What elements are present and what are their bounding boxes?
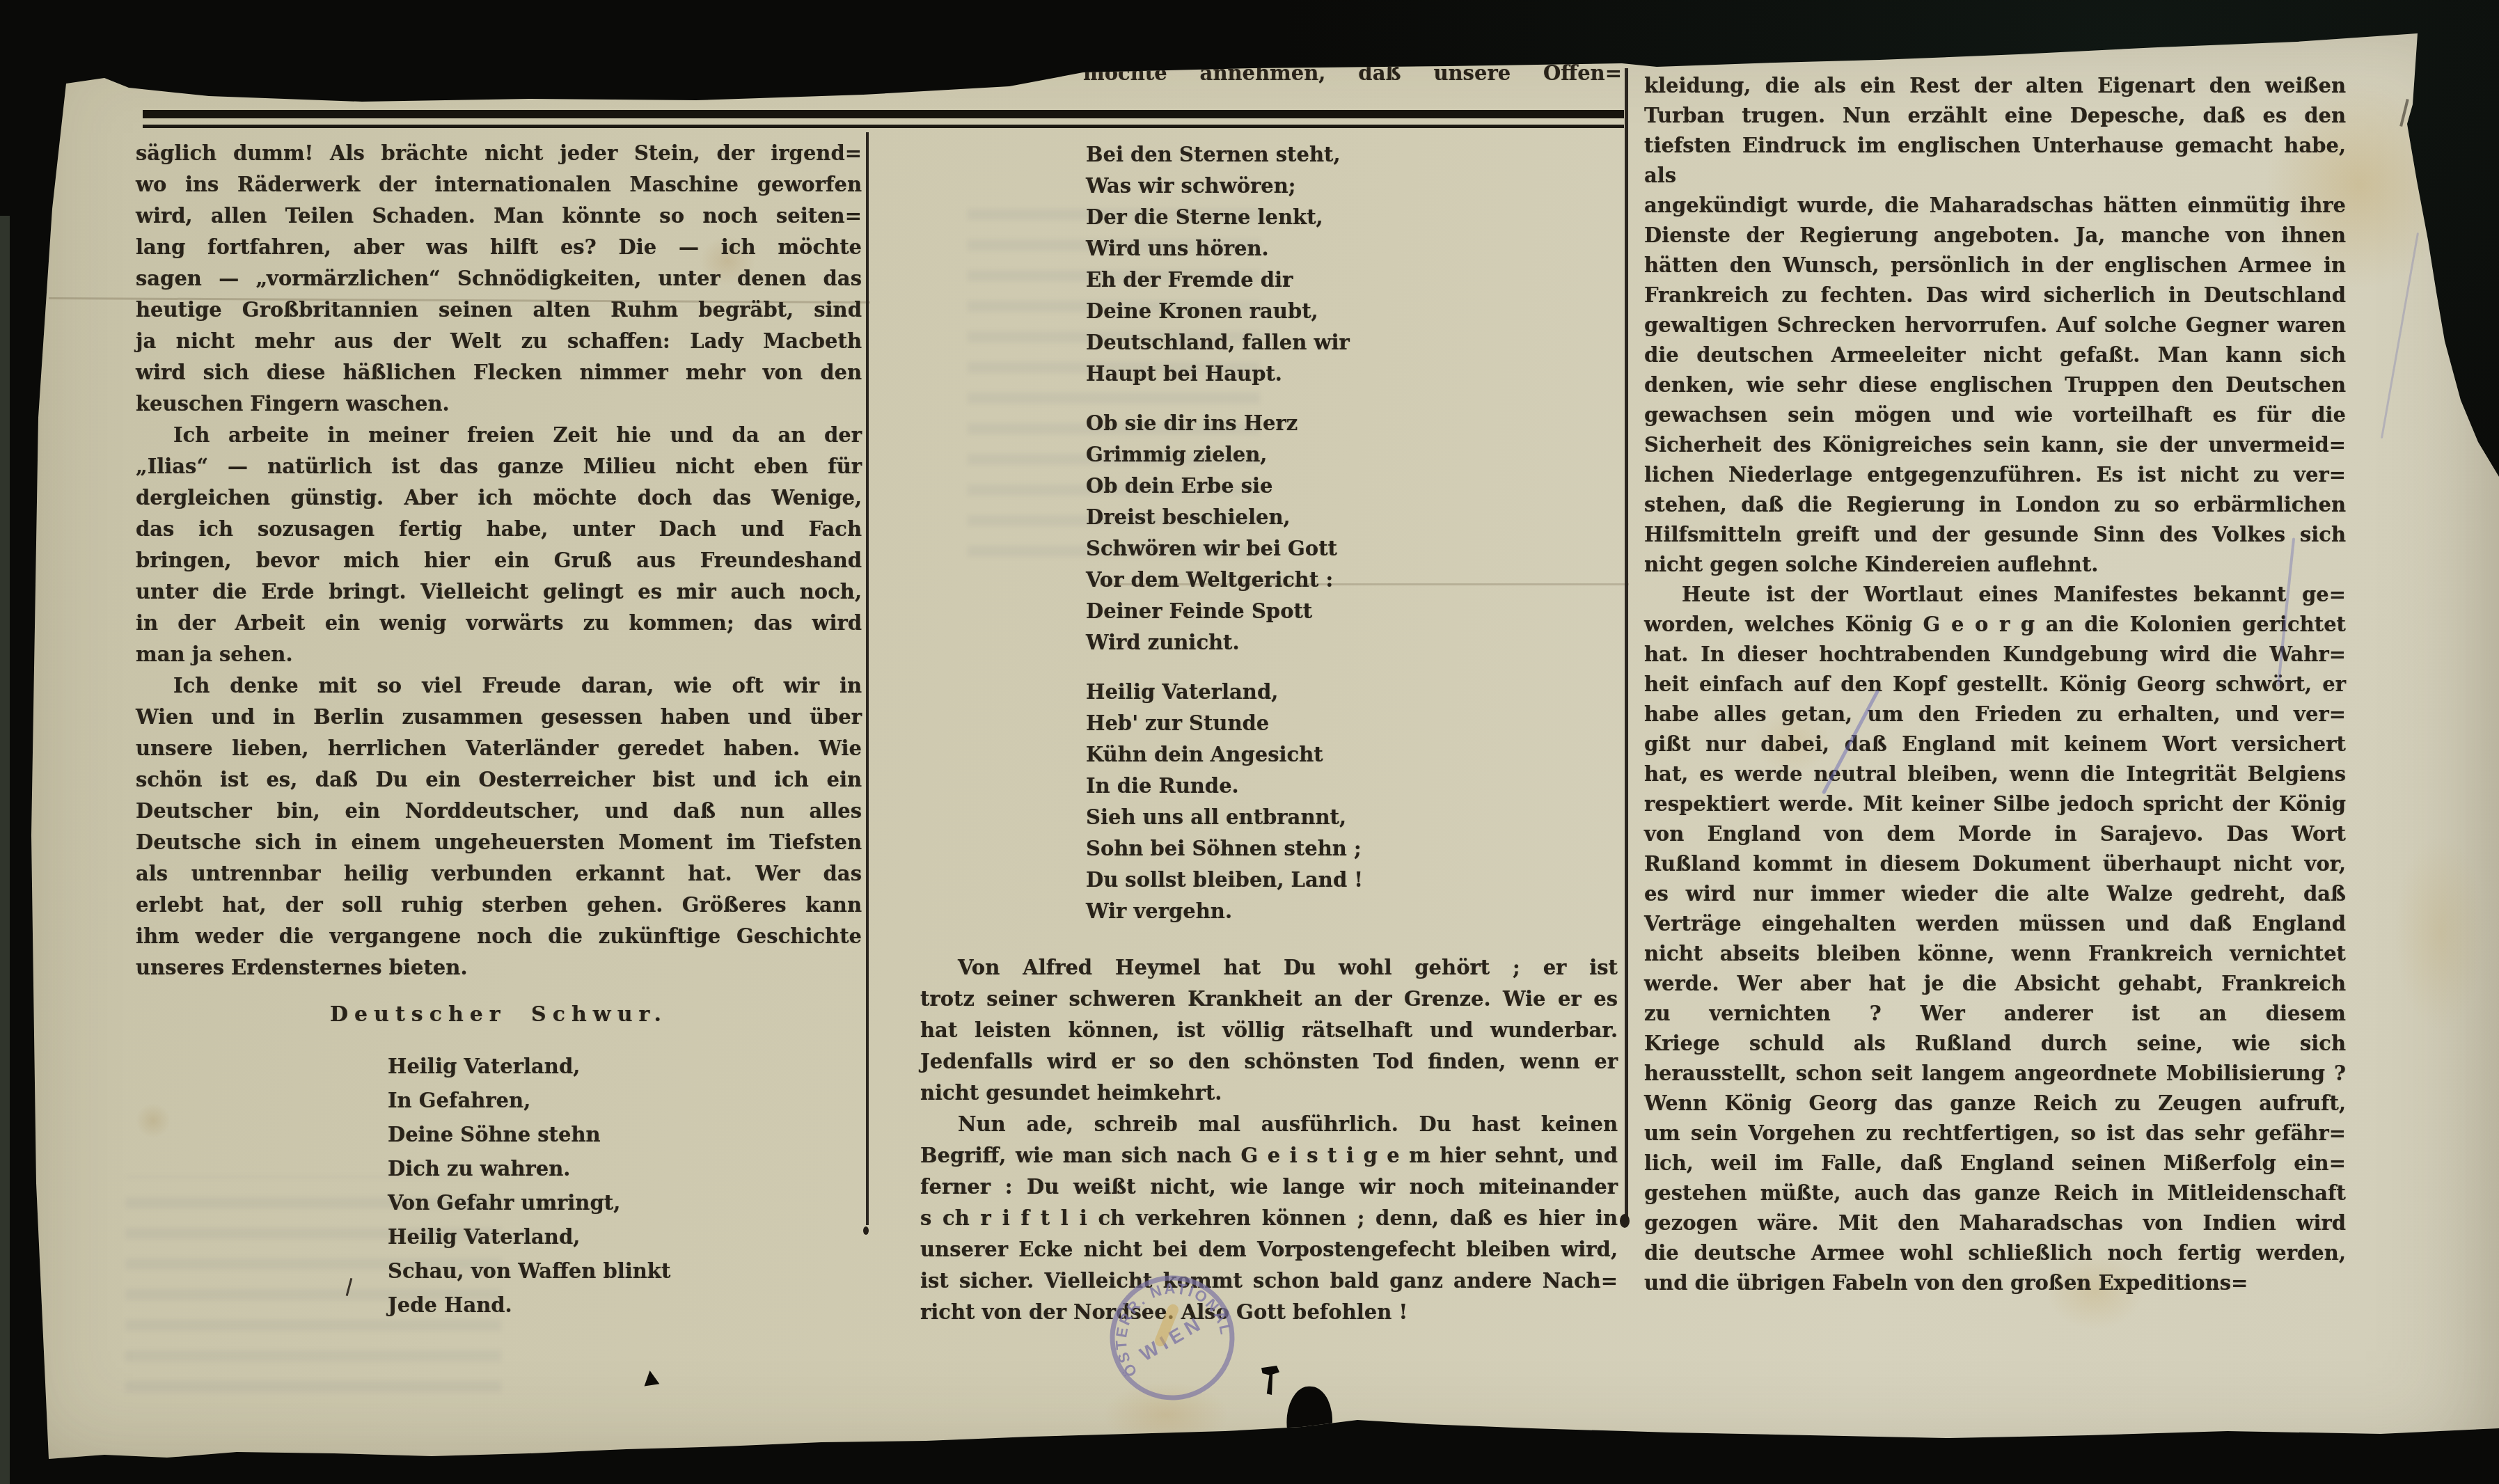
text-line: unserer Ecke nicht bei dem Vorpostengefe… bbox=[920, 1234, 1618, 1265]
text-line: hätten den Wunsch, persönlich in der eng… bbox=[1644, 251, 2346, 281]
text-line: Dich zu wahren. bbox=[388, 1152, 862, 1186]
scan-background: möchte annehmen, daß unsere Offen= sägli… bbox=[0, 0, 2499, 1484]
text-line: Kriege schuld als Rußland durch seine, w… bbox=[1644, 1029, 2346, 1059]
text-line: als untrennbar heilig verbunden erkannt … bbox=[136, 858, 862, 890]
text-line: Du sollst bleiben, Land ! bbox=[1086, 865, 1618, 896]
text-line: angekündigt wurde, die Maharadschas hätt… bbox=[1644, 191, 2346, 221]
text-line: hat leisten können, ist völlig rätselhaf… bbox=[920, 1015, 1618, 1046]
text-line: man ja sehen. bbox=[136, 639, 862, 670]
text-line: Schau, von Waffen blinkt bbox=[388, 1254, 862, 1288]
section-heading: Deutscher Schwur. bbox=[136, 999, 862, 1030]
text-line: respektiert werde. Mit keiner Silbe jedo… bbox=[1644, 789, 2346, 819]
text-line: Der die Sterne lenkt, bbox=[1086, 202, 1618, 233]
ink-mark bbox=[1261, 1366, 1279, 1395]
poem-block: Heilig Vaterland,Heb' zur StundeKühn dei… bbox=[1086, 677, 1618, 927]
ink-dot bbox=[863, 1226, 869, 1235]
text-line: denken, wie sehr diese englischen Truppe… bbox=[1644, 370, 2346, 400]
text-line: Deutschland, fallen wir bbox=[1086, 327, 1618, 358]
column-divider-2 bbox=[1625, 68, 1628, 1218]
text-line: wird sich diese häßlichen Flecken nimmer… bbox=[136, 357, 862, 388]
text-line: dergleichen günstig. Aber ich möchte doc… bbox=[136, 482, 862, 514]
text-line: Sohn bei Söhnen stehn ; bbox=[1086, 833, 1618, 865]
ink-blotch bbox=[1283, 1384, 1337, 1462]
scanner-bed-edge bbox=[0, 216, 10, 1484]
text-line: Eh der Fremde dir bbox=[1086, 265, 1618, 296]
text-line: ja nicht mehr aus der Welt zu schaffen: … bbox=[136, 326, 862, 357]
poem-block: Heilig Vaterland,In Gefahren,Deine Söhne… bbox=[388, 1050, 862, 1323]
text-line: hat, es werde neutral bleiben, wenn die … bbox=[1644, 759, 2346, 789]
text-line: lang fortfahren, aber was hilft es? Die … bbox=[136, 232, 862, 263]
text-line: ferner : Du weißt nicht, wie lange wir n… bbox=[920, 1171, 1618, 1203]
text-line: unsere lieben, herrlichen Vaterländer ge… bbox=[136, 733, 862, 764]
text-line: unter die Erde bringt. Vielleicht geling… bbox=[136, 576, 862, 608]
text-line: ihm weder die vergangene noch die zukünf… bbox=[136, 921, 862, 952]
text-line: Nun ade, schreib mal ausführlich. Du has… bbox=[920, 1109, 1618, 1140]
text-line: Deine Söhne stehn bbox=[388, 1118, 862, 1152]
text-line: um sein Vorgehen zu rechtfertigen, so is… bbox=[1644, 1119, 2346, 1148]
prose-block: säglich dumm! Als brächte nicht jeder St… bbox=[136, 138, 862, 420]
text-line: die deutsche Armee wohl schließlich noch… bbox=[1644, 1238, 2346, 1268]
text-line: es wird nur immer wieder die alte Walze … bbox=[1644, 879, 2346, 909]
text-line: Ich arbeite in meiner freien Zeit hie un… bbox=[136, 420, 862, 451]
text-line: Wird uns hören. bbox=[1086, 233, 1618, 265]
text-line: gewachsen sein mögen und wie vorteilhaft… bbox=[1644, 400, 2346, 430]
prose-block: Heute ist der Wortlaut eines Manifestes … bbox=[1644, 580, 2346, 1298]
text-line: erlebt hat, der soll ruhig sterben gehen… bbox=[136, 890, 862, 921]
text-line: Heilig Vaterland, bbox=[388, 1050, 862, 1084]
text-line: von England von dem Morde in Sarajevo. D… bbox=[1644, 819, 2346, 849]
text-line: Deutscher bin, ein Norddeutscher, und da… bbox=[136, 796, 862, 827]
text-line: wird, allen Teilen Schaden. Man könnte s… bbox=[136, 200, 862, 232]
text-line: gezogen wäre. Mit den Maharadschas von I… bbox=[1644, 1208, 2346, 1238]
text-line: die deutschen Armeeleiter nicht gefaßt. … bbox=[1644, 340, 2346, 370]
prose-block: kleidung, die als ein Rest der alten Eig… bbox=[1644, 71, 2346, 580]
text-line: Ob dein Erbe sie bbox=[1086, 471, 1618, 502]
text-line: Heb' zur Stunde bbox=[1086, 708, 1618, 739]
text-line: keuschen Fingern waschen. bbox=[136, 388, 862, 420]
text-line: gewaltigen Schrecken hervorrufen. Auf so… bbox=[1644, 310, 2346, 340]
text-line: trotz seiner schweren Krankheit an der G… bbox=[920, 984, 1618, 1015]
text-line: Jede Hand. bbox=[388, 1288, 862, 1323]
poem-block: Bei den Sternen steht,Was wir schwören;D… bbox=[1086, 139, 1618, 390]
column-divider-1 bbox=[866, 132, 869, 1225]
column-3: kleidung, die als ein Rest der alten Eig… bbox=[1644, 71, 2346, 1298]
text-line: heutige Großbritannien seinen alten Ruhm… bbox=[136, 294, 862, 326]
text-line: Heute ist der Wortlaut eines Manifestes … bbox=[1644, 580, 2346, 610]
prose-block: Nun ade, schreib mal ausführlich. Du has… bbox=[920, 1109, 1618, 1328]
text-line: Sicherheit des Königreiches sein kann, s… bbox=[1644, 430, 2346, 460]
text-line: Von Gefahr umringt, bbox=[388, 1186, 862, 1220]
text-line: bringen, bevor mich hier ein Gruß aus Fr… bbox=[136, 545, 862, 576]
text-line: Schwören wir bei Gott bbox=[1086, 533, 1618, 565]
text-line: Frankreich zu fechten. Das wird sicherli… bbox=[1644, 281, 2346, 310]
text-line: unseres Erdensternes bieten. bbox=[136, 952, 862, 984]
text-line: säglich dumm! Als brächte nicht jeder St… bbox=[136, 138, 862, 169]
column-2: Bei den Sternen steht,Was wir schwören;D… bbox=[920, 139, 1618, 1328]
text-line: Verträge eingehalten werden müssen und d… bbox=[1644, 909, 2346, 939]
paper-stain bbox=[2395, 835, 2485, 1030]
text-line: in der Arbeit ein wenig vorwärts zu komm… bbox=[136, 608, 862, 639]
text-line: zu vernichten ? Wer anderer ist an diese… bbox=[1644, 999, 2346, 1029]
text-line: schön ist es, daß Du ein Oesterreicher b… bbox=[136, 764, 862, 796]
text-line: Sieh uns all entbrannt, bbox=[1086, 802, 1618, 833]
text-line: sagen — „vormärzlichen“ Schnödigkeiten, … bbox=[136, 263, 862, 294]
ink-mark-triangle bbox=[643, 1370, 660, 1387]
prose-block: Von Alfred Heymel hat Du wohl gehört ; e… bbox=[920, 952, 1618, 1109]
text-line: Deutsche sich in einem ungeheuersten Mom… bbox=[136, 827, 862, 858]
text-line: Turban trugen. Nun erzählt eine Depesche… bbox=[1644, 101, 2346, 131]
text-line: s ch r i f t l i ch verkehren können ; d… bbox=[920, 1203, 1618, 1234]
text-line: Was wir schwören; bbox=[1086, 171, 1618, 202]
masthead-double-rule bbox=[143, 110, 1624, 128]
text-line: In Gefahren, bbox=[388, 1084, 862, 1118]
text-line: ist sicher. Vielleicht kommt schon bald … bbox=[920, 1265, 1618, 1297]
text-line: Kühn dein Angesicht bbox=[1086, 739, 1618, 771]
text-line: Grimmig zielen, bbox=[1086, 439, 1618, 471]
text-line: werde. Wer aber hat je die Absicht gehab… bbox=[1644, 969, 2346, 999]
text-line: „Ilias“ — natürlich ist das ganze Milieu… bbox=[136, 451, 862, 482]
text-line: Ob sie dir ins Herz bbox=[1086, 408, 1618, 439]
text-line: Hilfsmitteln greift und der gesunde Sinn… bbox=[1644, 520, 2346, 550]
text-line: Jedenfalls wird er so den schönsten Tod … bbox=[920, 1046, 1618, 1078]
text-line: richt von der Nordsee. Also Gott befohle… bbox=[920, 1297, 1618, 1328]
text-line: Wir vergehn. bbox=[1086, 896, 1618, 927]
text-line: gißt nur dabei, daß England mit keinem W… bbox=[1644, 729, 2346, 759]
text-line: Begriff, wie man sich nach G e i s t i g… bbox=[920, 1140, 1618, 1171]
text-line: In die Runde. bbox=[1086, 771, 1618, 802]
column-1: säglich dumm! Als brächte nicht jeder St… bbox=[136, 138, 862, 1323]
text-line: habe alles getan, um den Frieden zu erha… bbox=[1644, 700, 2346, 729]
text-line: hat. In dieser hochtrabenden Kundgebung … bbox=[1644, 640, 2346, 670]
text-line: nicht abseits bleiben könne, wenn Frankr… bbox=[1644, 939, 2346, 969]
ink-dot bbox=[1620, 1214, 1630, 1228]
text-line: wo ins Räderwerk der internationalen Mas… bbox=[136, 169, 862, 200]
text-line: kleidung, die als ein Rest der alten Eig… bbox=[1644, 71, 2346, 101]
text-line: und die übrigen Fabeln von den großen Ex… bbox=[1644, 1268, 2346, 1298]
text-line: Wird zunicht. bbox=[1086, 627, 1618, 658]
text-line: gestehen müßte, auch das ganze Reich in … bbox=[1644, 1178, 2346, 1208]
text-line: Bei den Sternen steht, bbox=[1086, 139, 1618, 171]
text-line: Rußland kommt in diesem Dokument überhau… bbox=[1644, 849, 2346, 879]
text-line: Deiner Feinde Spott bbox=[1086, 596, 1618, 627]
text-line: nicht gesundet heimkehrt. bbox=[920, 1078, 1618, 1109]
newspaper-clipping: möchte annehmen, daß unsere Offen= sägli… bbox=[0, 0, 2499, 1484]
text-line: heit einfach auf den Kopf gestellt. Köni… bbox=[1644, 670, 2346, 700]
text-line: Heilig Vaterland, bbox=[388, 1220, 862, 1254]
text-line: Vor dem Weltgericht : bbox=[1086, 565, 1618, 596]
text-line: tiefsten Eindruck im englischen Unterhau… bbox=[1644, 131, 2346, 191]
text-line: Haupt bei Haupt. bbox=[1086, 358, 1618, 390]
text-line: Dreist beschielen, bbox=[1086, 502, 1618, 533]
text-line: worden, welches König G e o r g an die K… bbox=[1644, 610, 2346, 640]
text-line: Deine Kronen raubt, bbox=[1086, 296, 1618, 327]
text-line: Wenn König Georg das ganze Reich zu Zeug… bbox=[1644, 1089, 2346, 1119]
text-line: stehen, daß die Regierung in London zu s… bbox=[1644, 490, 2346, 520]
text-line: herausstellt, schon seit langem angeordn… bbox=[1644, 1059, 2346, 1089]
text-line: Heilig Vaterland, bbox=[1086, 677, 1618, 708]
poem-block: Ob sie dir ins HerzGrimmig zielen,Ob dei… bbox=[1086, 408, 1618, 658]
text-line: Ich denke mit so viel Freude daran, wie … bbox=[136, 670, 862, 702]
text-line: das ich sozusagen fertig habe, unter Dac… bbox=[136, 514, 862, 545]
text-line: nicht gegen solche Kindereien auflehnt. bbox=[1644, 550, 2346, 580]
text-line: Dienste der Regierung angeboten. Ja, man… bbox=[1644, 221, 2346, 251]
text-line: Von Alfred Heymel hat Du wohl gehört ; e… bbox=[920, 952, 1618, 984]
text-line: lich, weil im Falle, daß England seinen … bbox=[1644, 1148, 2346, 1178]
text-line: Wien und in Berlin zusammen gesessen hab… bbox=[136, 702, 862, 733]
text-line: lichen Niederlage entgegenzuführen. Es i… bbox=[1644, 460, 2346, 490]
prose-block: Ich denke mit so viel Freude daran, wie … bbox=[136, 670, 862, 984]
cropped-headline-line: möchte annehmen, daß unsere Offen= bbox=[1083, 58, 1622, 88]
prose-block: Ich arbeite in meiner freien Zeit hie un… bbox=[136, 420, 862, 670]
